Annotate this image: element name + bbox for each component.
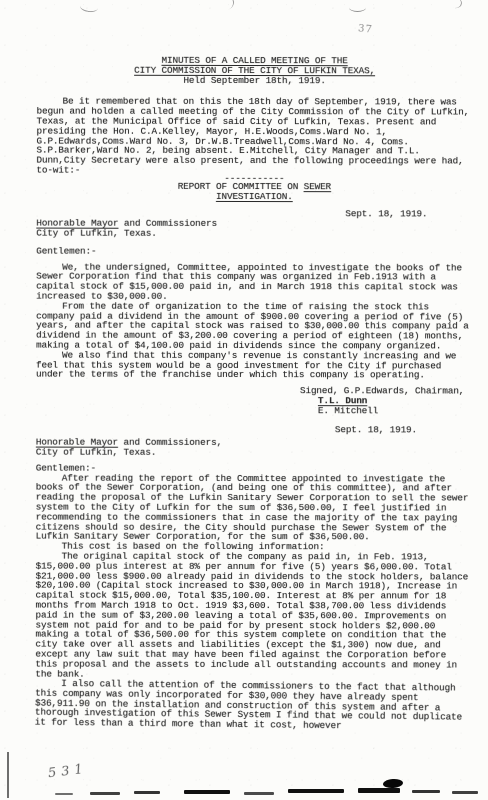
ink-smudge	[452, 791, 478, 794]
recommendation-date: Sept. 18, 1919.	[335, 425, 472, 435]
handwritten-footer-number: 531	[47, 762, 88, 782]
recommendation-salutation-line2: City of Lufkin, Texas.	[36, 448, 472, 459]
signature-block: Signed, G.P.Edwards, Chairman, T.L. Dunn…	[300, 386, 472, 416]
left-edge-line-mark	[7, 752, 9, 798]
report-paragraph: We, the undersigned, Committee, appointe…	[36, 262, 472, 302]
ink-smudge	[134, 791, 160, 794]
ink-smudge	[184, 790, 230, 794]
ink-smudge	[358, 788, 400, 793]
ink-smudge	[288, 789, 344, 793]
recommendation-paragraph: I also call the attention of the commiss…	[35, 679, 472, 733]
ink-smudge	[55, 793, 73, 795]
ink-smudge	[244, 792, 274, 795]
ink-smudge	[90, 792, 120, 795]
report-heading-underlined: SEWER	[304, 181, 331, 192]
report-greeting: Gentlemen:-	[36, 246, 472, 257]
report-date: Sept. 18, 1919.	[345, 210, 472, 220]
recommendation-paragraph: After reading the report of the Committe…	[36, 473, 472, 542]
report-heading-line2: INVESTIGATION.	[36, 191, 472, 202]
ink-smudge	[412, 790, 440, 793]
signature-name-mitchell: E. Mitchell	[318, 406, 472, 416]
document-body: MINUTES OF A CALLED MEETING OF THE CITY …	[0, 0, 488, 729]
opening-paragraph: Be it remembered that on this the 18th d…	[36, 97, 472, 176]
report-salutation-line2: City of Lufkin, Texas.	[36, 229, 472, 240]
document-title-line3: Held September 18th, 1919.	[37, 75, 473, 86]
recommendation-paragraph: The original capital stock of the compan…	[35, 552, 471, 680]
scanned-minutes-page: 37 MINUTES OF A CALLED MEETING OF THE CI…	[0, 0, 488, 800]
report-paragraph: We also find that this company's revenue…	[36, 350, 472, 380]
report-paragraph: From the date of organization to the tim…	[36, 301, 472, 351]
